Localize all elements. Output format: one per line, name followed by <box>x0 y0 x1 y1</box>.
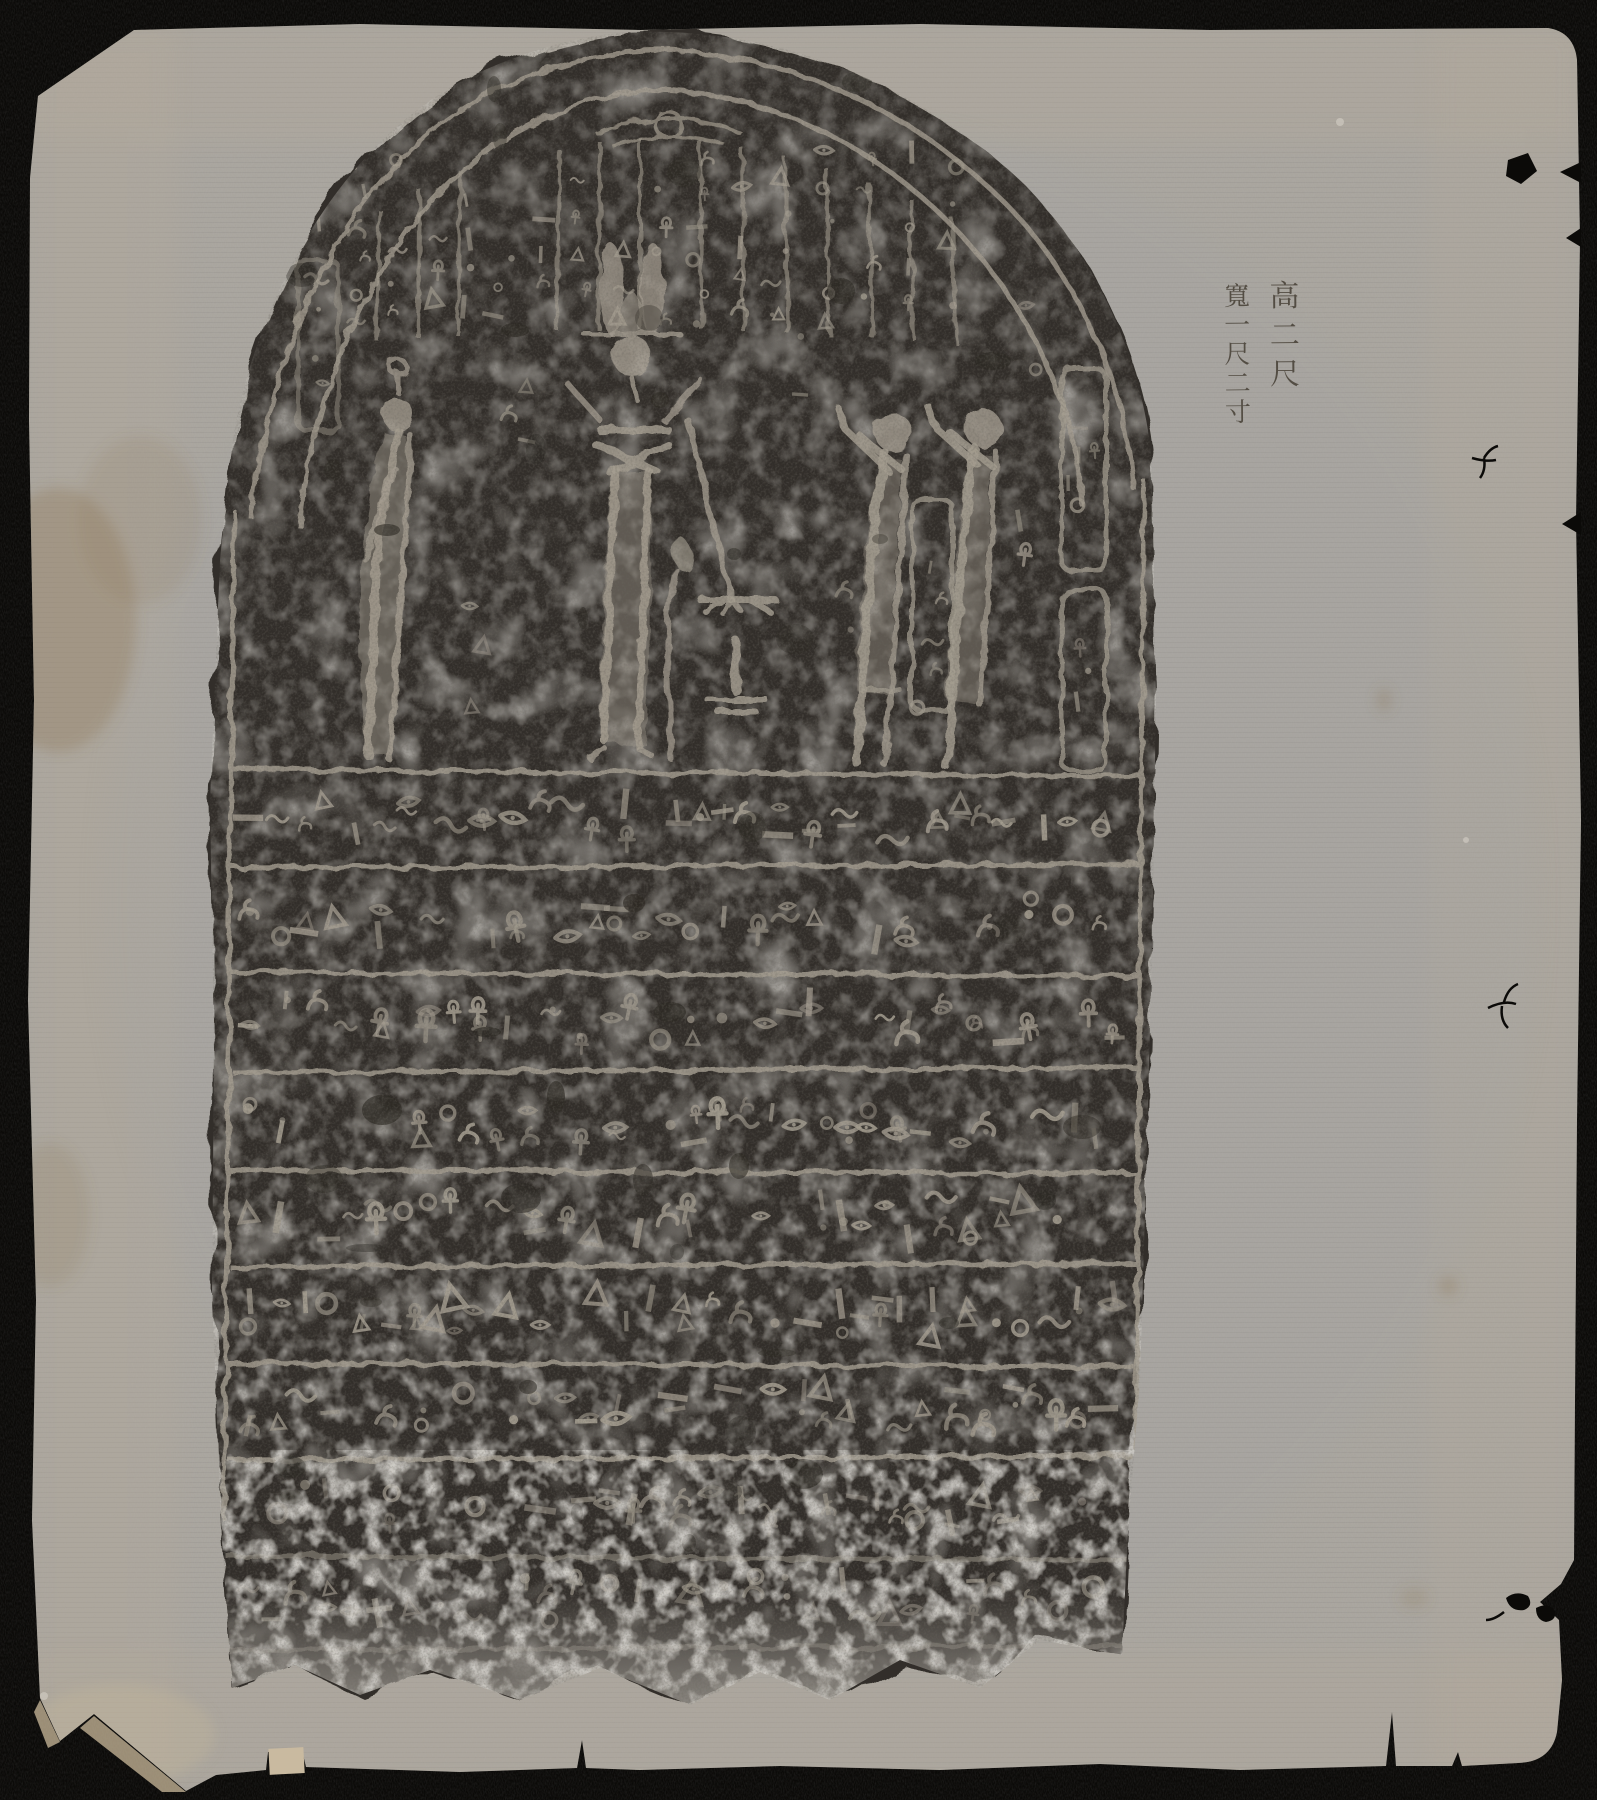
dimension-annotation: 高二尺 寬一尺二寸 <box>1211 280 1304 451</box>
stele-rubbing <box>180 20 1180 1730</box>
paper-sheet <box>0 0 1597 1800</box>
annotation-height: 高二尺 <box>1257 280 1304 450</box>
annotation-width: 寬一尺二寸 <box>1211 282 1258 450</box>
bottom-tab-fragment <box>268 1747 304 1775</box>
screenshot-root: 高二尺 寬一尺二寸 <box>0 0 1597 1800</box>
rubbing-scan <box>0 0 1597 1800</box>
